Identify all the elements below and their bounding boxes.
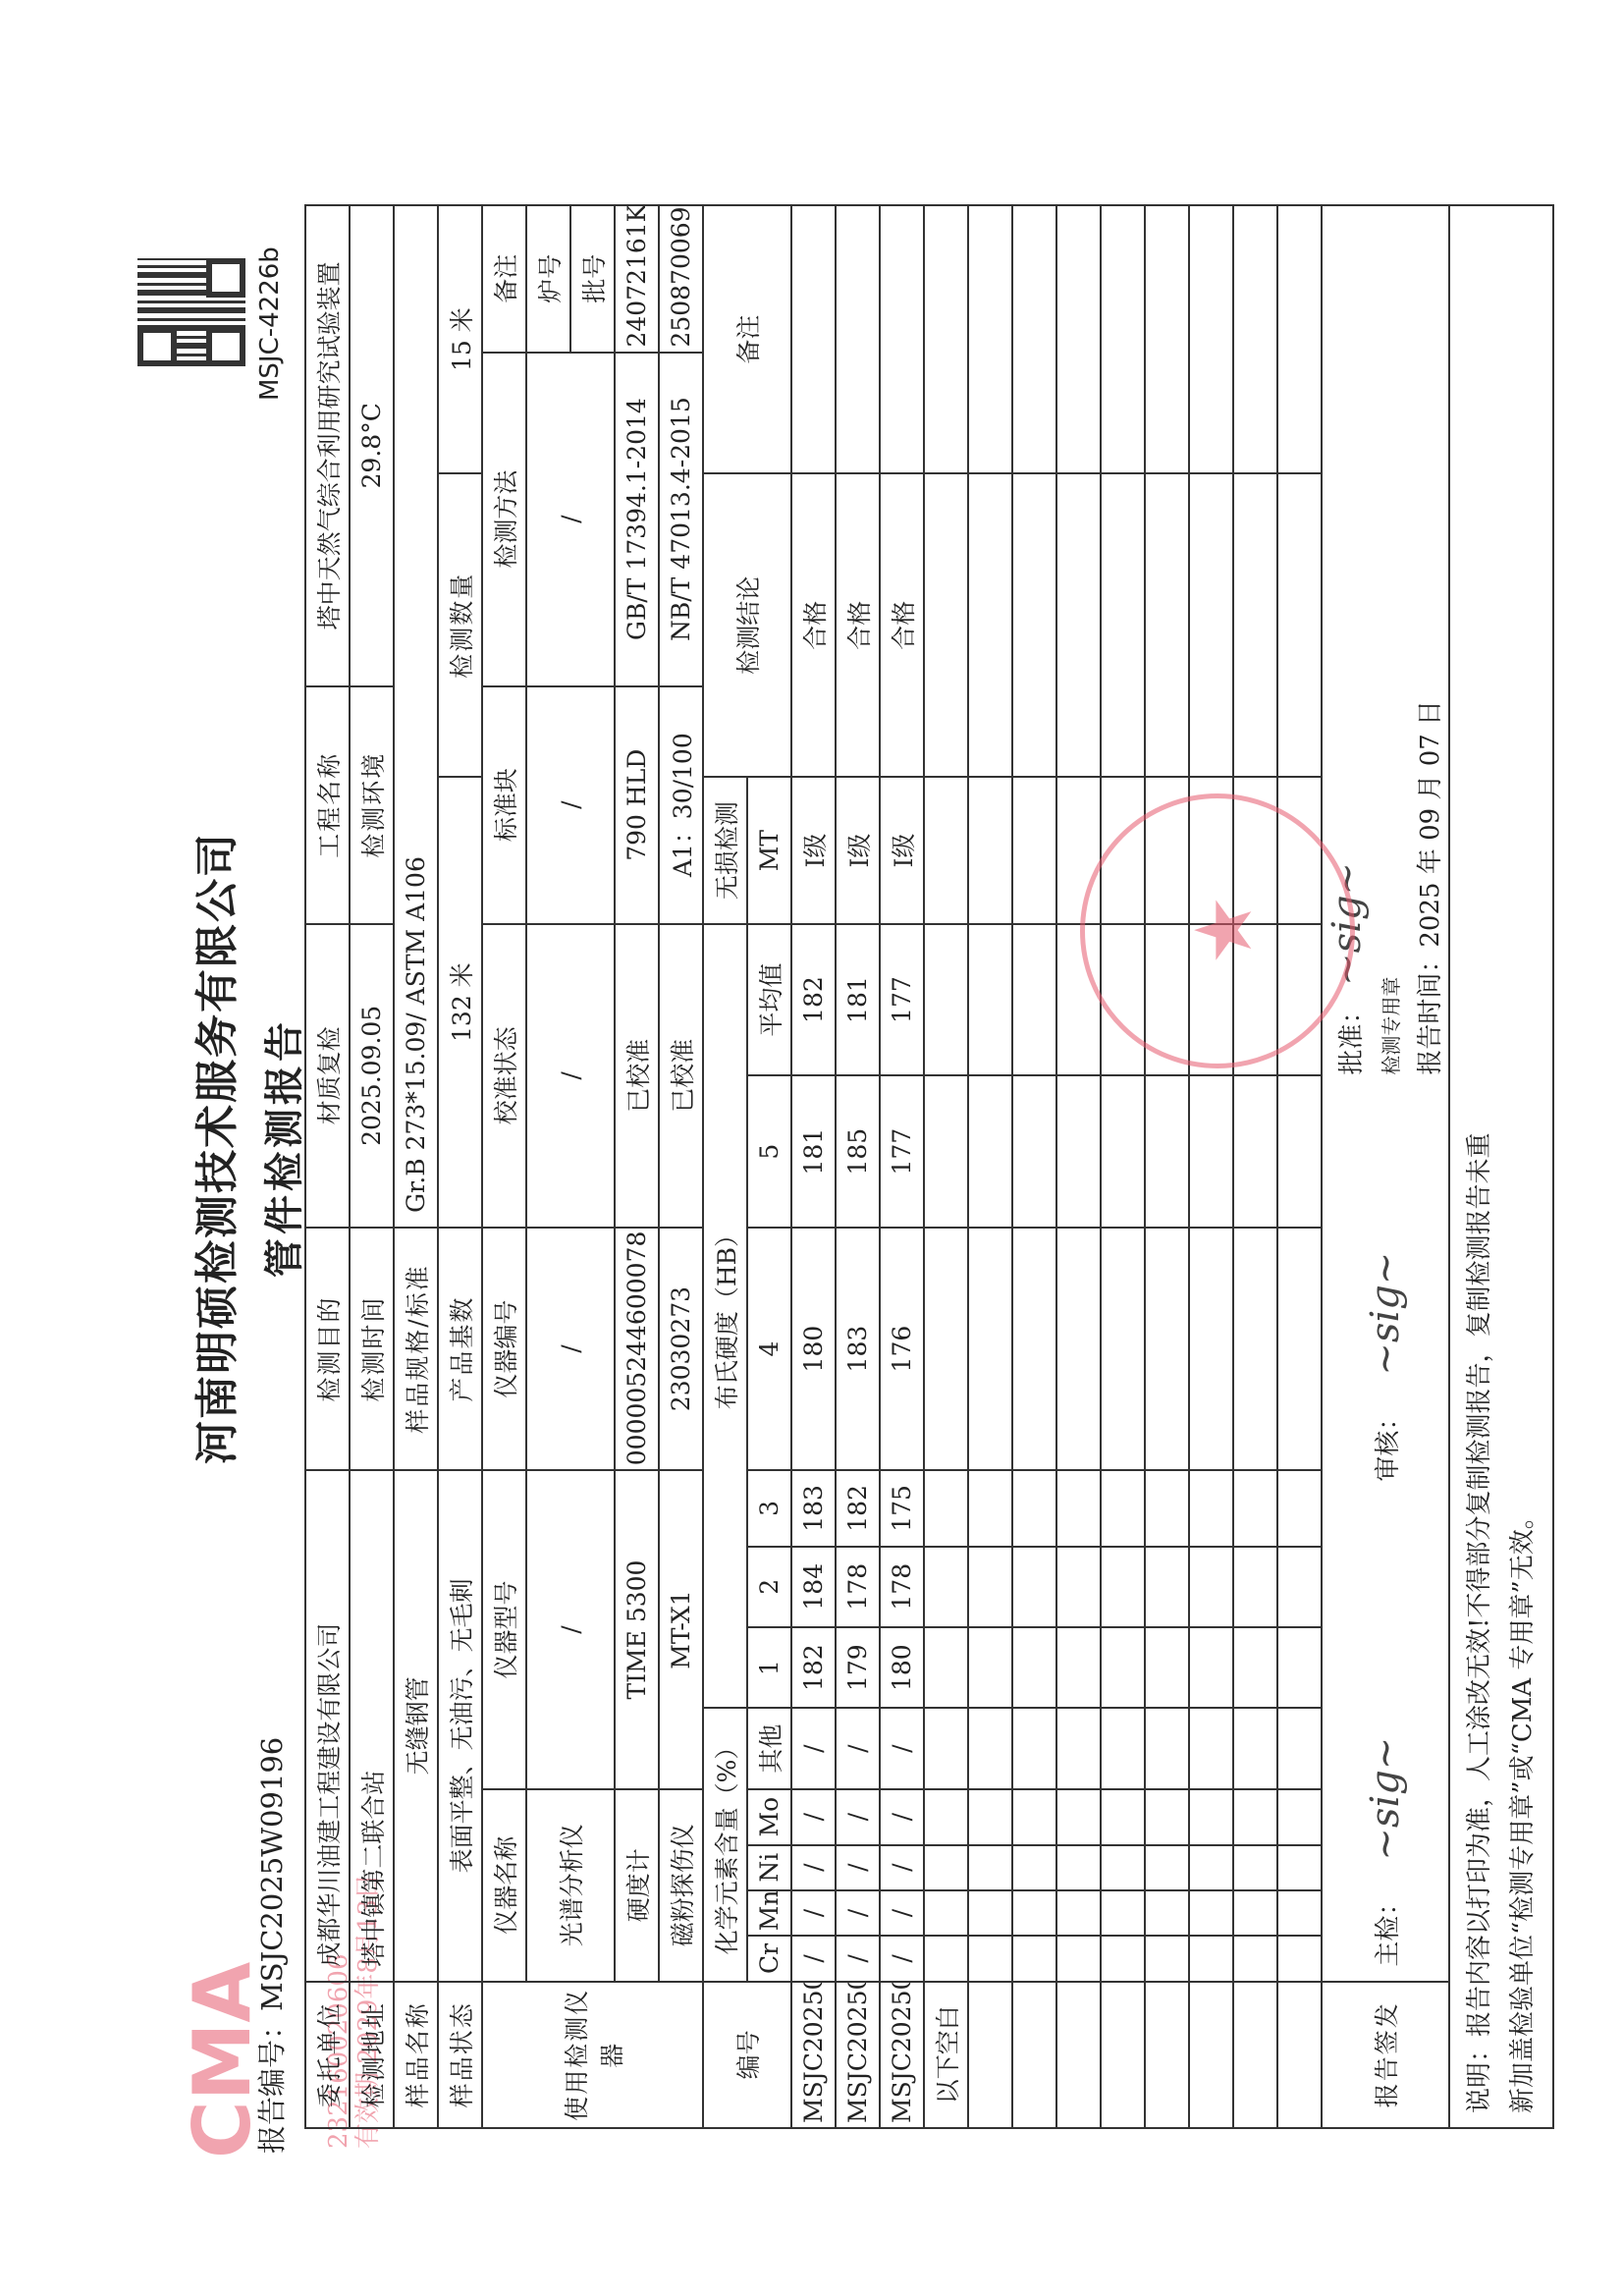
chem-value: /: [791, 1890, 836, 1936]
instrument-name-header: 仪器名称: [482, 1789, 526, 1982]
instrument-row: 硬度计 TIME 5300 000005244600078 已校准 790 HL…: [615, 205, 659, 2128]
environment-value: 29.8°C: [350, 205, 394, 686]
heat-no-label: 炉号: [526, 205, 570, 353]
report-time-label: 报告时间：: [1416, 948, 1445, 1075]
blank-cell: [1189, 1470, 1233, 1546]
blank-cell: [1233, 1936, 1277, 1981]
remark-header: 备注: [703, 205, 791, 473]
mt-grade: I级: [791, 777, 836, 923]
blank-cell: [1233, 1789, 1277, 1845]
hardness-value: 185: [836, 1075, 880, 1228]
blank-cell: [968, 1075, 1012, 1228]
blank-cell: [1056, 473, 1101, 777]
purpose-value: 材质复检: [305, 924, 350, 1228]
blank-cell: [1012, 1547, 1056, 1627]
heat-no-value: 24072161K: [615, 205, 659, 353]
blank-cell: [1056, 1547, 1101, 1627]
blank-cell: [968, 1845, 1012, 1890]
blank-cell: [924, 1075, 968, 1228]
blank-cell: [1012, 473, 1056, 777]
instrument-block: 790 HLD: [615, 686, 659, 924]
calibration-header: 校准状态: [482, 924, 526, 1228]
blank-cell: [1145, 1708, 1189, 1788]
chem-value: /: [880, 1890, 924, 1936]
hardness-header: 布氏硬度（HB）: [703, 924, 747, 1709]
chem-value: /: [836, 1890, 880, 1936]
blank-cell: [1012, 1845, 1056, 1890]
blank-cell: [1056, 1627, 1101, 1708]
blank-cell: [1145, 1547, 1189, 1627]
sample-id: MSJC202509196-14: [836, 1982, 880, 2128]
blank-cell: [1101, 1982, 1145, 2128]
hardness-value: 178: [836, 1547, 880, 1627]
blank-cell: [1056, 1982, 1101, 2128]
remark: [836, 205, 880, 473]
hardness-value: 182: [791, 1627, 836, 1708]
blank-cell: [924, 1789, 968, 1845]
base-value: 132 米: [438, 777, 482, 1228]
table-row: MSJC202509196-14/////179178182183185181I…: [836, 205, 880, 2128]
client-value: 成都华川油建工程建设有限公司: [305, 1470, 350, 1981]
col-hb-3: 3: [747, 1470, 791, 1546]
blank-cell: [1145, 473, 1189, 777]
blank-cell: [1012, 1936, 1056, 1981]
blank-cell: [1277, 1627, 1322, 1708]
col-ni: Ni: [747, 1845, 791, 1890]
instrument-name: 磁粉探伤仪: [659, 1789, 703, 1982]
instrument-method: /: [526, 353, 615, 686]
blank-cell: [1277, 1890, 1322, 1936]
instrument-header-row: 使用检测仪器 仪器名称 仪器型号 仪器编号 校准状态 标准块 检测方法 备注: [482, 205, 526, 2128]
purpose-label: 检测目的: [305, 1228, 350, 1470]
chem-value: /: [791, 1708, 836, 1788]
blank-cell: [1012, 1982, 1056, 2128]
blank-cell: [1277, 1075, 1322, 1228]
approver-label: 批准：: [1337, 999, 1367, 1075]
col-hb-avg: 平均值: [747, 924, 791, 1076]
blank-cell: [1101, 1075, 1145, 1228]
inspector-signature: ~sig~: [1363, 1737, 1408, 1861]
blank-row: [968, 205, 1012, 2128]
chem-value: /: [791, 1936, 836, 1981]
col-cr: Cr: [747, 1936, 791, 1981]
report-number: 报告编号：MSJC2025W09196: [250, 1737, 291, 2154]
instrument-block: A1：30/100: [659, 686, 703, 924]
report-time: 2025 年 09 月 07 日: [1416, 700, 1445, 948]
inspector-label: 主检：: [1368, 1890, 1404, 1967]
base-label: 产品基数: [438, 1228, 482, 1470]
col-mt: MT: [747, 777, 791, 923]
spec-value: Gr.B 273*15.09/ ASTM A106: [394, 205, 438, 1228]
blank-row: [1277, 205, 1322, 2128]
chem-value: /: [880, 1708, 924, 1788]
blank-cell: [1056, 1708, 1101, 1788]
blank-cell: [968, 924, 1012, 1076]
blank-cell: [1056, 205, 1101, 473]
blank-cell: [1189, 1845, 1233, 1890]
blank-cell: [1233, 1845, 1277, 1890]
conclusion: 合格: [791, 473, 836, 777]
blank-cell: [1056, 1890, 1101, 1936]
blank-cell: [968, 1708, 1012, 1788]
blank-cell: [924, 924, 968, 1076]
blank-cell: [1277, 1845, 1322, 1890]
blank-row: [1056, 205, 1101, 2128]
project-label: 工程名称: [305, 686, 350, 924]
chem-value: /: [836, 1845, 880, 1890]
blank-cell: [924, 1845, 968, 1890]
chem-value: /: [880, 1789, 924, 1845]
conclusion: 合格: [880, 473, 924, 777]
environment-label: 检测环境: [350, 686, 394, 924]
block-header: 标准块: [482, 686, 526, 924]
blank-cell: [1056, 1845, 1101, 1890]
blank-cell: [1145, 1845, 1189, 1890]
blank-cell: [924, 1627, 968, 1708]
sample-id: MSJC202509196-15: [880, 1982, 924, 2128]
col-hb-4: 4: [747, 1228, 791, 1470]
remark: [791, 205, 836, 473]
chem-value: /: [791, 1845, 836, 1890]
blank-cell: [1012, 924, 1056, 1076]
blank-cell: [1145, 1982, 1189, 2128]
issue-label: 报告签发: [1322, 1982, 1449, 2128]
batch-no-value: 250870069: [659, 205, 703, 353]
blank-cell: [1233, 1075, 1277, 1228]
blank-cell: [924, 473, 968, 777]
instrument-block: /: [526, 686, 615, 924]
blank-cell: [924, 777, 968, 923]
blank-cell: [1101, 1470, 1145, 1546]
remark: [880, 205, 924, 473]
instrument-model: TIME 5300: [615, 1470, 659, 1789]
col-hb-2: 2: [747, 1547, 791, 1627]
test-date-value: 2025.09.05: [350, 924, 394, 1228]
blank-cell: [1189, 205, 1233, 473]
blank-cell: [1233, 205, 1277, 473]
blank-cell: [1145, 1627, 1189, 1708]
blank-cell: [1233, 1627, 1277, 1708]
blank-cell: [1056, 1470, 1101, 1546]
blank-cell: [1277, 1708, 1322, 1788]
chem-value: /: [880, 1845, 924, 1890]
blank-cell: [968, 777, 1012, 923]
sample-state-value: 表面平整、无油污、无毛刺: [438, 1470, 482, 1981]
instrument-serial: /: [526, 1228, 615, 1470]
blank-cell: [924, 1936, 968, 1981]
results-group-header: 编号 化学元素含量（%） 布氏硬度（HB） 无损检测 检测结论 备注: [703, 205, 747, 2128]
chem-value: /: [836, 1789, 880, 1845]
blank-cell: [968, 1547, 1012, 1627]
instruments-section-label: 使用检测仪器: [482, 1982, 703, 2128]
reviewer-signature: ~sig~: [1363, 1252, 1408, 1376]
blank-cell: [1277, 1936, 1322, 1981]
footer-note-row: 说明：报告内容以打印为准，人工涂改无效!不得部分复制检测报告，复制检测报告未重 …: [1449, 205, 1553, 2128]
hardness-value: 177: [880, 1075, 924, 1228]
instrument-model-header: 仪器型号: [482, 1470, 526, 1789]
blank-cell: [968, 1789, 1012, 1845]
blank-cell: [924, 1470, 968, 1546]
conclusion: 合格: [836, 473, 880, 777]
spec-label: 样品规格/标准: [394, 1228, 438, 1470]
blank-cell: [1101, 1228, 1145, 1470]
blank-cell: [1189, 1936, 1233, 1981]
blank-cell: [1233, 473, 1277, 777]
blank-cell: [1189, 1789, 1233, 1845]
col-other: 其他: [747, 1708, 791, 1788]
blank-cell: [1277, 205, 1322, 473]
blank-cell: [1189, 1547, 1233, 1627]
blank-cell: [1012, 1708, 1056, 1788]
blank-cell: [1233, 1890, 1277, 1936]
info-row-1: 委托单位 成都华川油建工程建设有限公司 检测目的 材质复检 工程名称 塔中天然气…: [305, 205, 350, 2128]
sample-id-header: 编号: [703, 1982, 791, 2128]
blank-cell: [968, 1470, 1012, 1546]
blank-cell: [1189, 1890, 1233, 1936]
blank-cell: [1056, 1228, 1101, 1470]
blank-cell: [968, 1627, 1012, 1708]
blank-cell: [1145, 205, 1189, 473]
blank-cell: [1233, 1547, 1277, 1627]
blank-cell: [1012, 1890, 1056, 1936]
blank-row: 以下空白: [924, 205, 968, 2128]
blank-cell: [1145, 1890, 1189, 1936]
blank-cell: [968, 1228, 1012, 1470]
hardness-value: 184: [791, 1547, 836, 1627]
instrument-serial-header: 仪器编号: [482, 1228, 526, 1470]
blank-cell: [1277, 1547, 1322, 1627]
batch-no-label: 批号: [570, 205, 615, 353]
client-label: 委托单位: [305, 1982, 350, 2128]
col-hb-5: 5: [747, 1075, 791, 1228]
blank-cell: [1277, 1470, 1322, 1546]
hardness-value: 180: [880, 1627, 924, 1708]
hardness-value: 177: [880, 924, 924, 1076]
footer-note: 说明：报告内容以打印为准，人工涂改无效!不得部分复制检测报告，复制检测报告未重 …: [1449, 205, 1553, 2128]
blank-cell: [968, 1982, 1012, 2128]
address-label: 检测地址: [350, 1982, 394, 2128]
blank-cell: [1012, 1228, 1056, 1470]
project-value: 塔中天然气综合利用研究试验装置: [305, 205, 350, 686]
signature-row: 报告签发主检：~sig~审核：~sig~批准： ~sig~检测专用章报告时间：2…: [1322, 205, 1449, 2128]
document-code: MSJC-4226b: [255, 246, 285, 401]
hardness-value: 181: [791, 1075, 836, 1228]
blank-cell: [1189, 1075, 1233, 1228]
col-hb-1: 1: [747, 1627, 791, 1708]
blank-cell: [1012, 1470, 1056, 1546]
company-seal-stamp: ★: [1080, 793, 1355, 1068]
hardness-value: 182: [836, 1470, 880, 1546]
signature-block: 主检：~sig~审核：~sig~批准： ~sig~检测专用章报告时间：2025 …: [1322, 205, 1449, 1982]
sample-id: MSJC202509196-13: [791, 1982, 836, 2128]
info-row-4: 样品状态 表面平整、无油污、无毛刺 产品基数 132 米 检测数量 15 米: [438, 205, 482, 2128]
col-mn: Mn: [747, 1890, 791, 1936]
instrument-calibration: 已校准: [659, 924, 703, 1228]
blank-row: [1012, 205, 1056, 2128]
sample-state-label: 样品状态: [438, 1982, 482, 2128]
instrument-serial: 000005244600078: [615, 1228, 659, 1470]
hardness-value: 182: [791, 924, 836, 1076]
instrument-model: /: [526, 1470, 615, 1789]
hardness-value: 176: [880, 1228, 924, 1470]
blank-cell: [1145, 1075, 1189, 1228]
chem-value: /: [880, 1936, 924, 1981]
instrument-name: 硬度计: [615, 1789, 659, 1982]
hardness-value: 175: [880, 1470, 924, 1546]
blank-cell: [1145, 1470, 1189, 1546]
instrument-serial: 23030273: [659, 1228, 703, 1470]
col-mo: Mo: [747, 1789, 791, 1845]
blank-cell: [1056, 1075, 1101, 1228]
blank-cell: [1101, 205, 1145, 473]
seal-label: 检测专用章: [1376, 700, 1404, 1075]
qr-code-icon: [137, 258, 245, 366]
blank-cell: [1189, 473, 1233, 777]
blank-cell: [1056, 1789, 1101, 1845]
blank-cell: [1189, 1228, 1233, 1470]
blank-cell: [1012, 777, 1056, 923]
blank-row: [1145, 205, 1189, 2128]
chem-header: 化学元素含量（%）: [703, 1708, 747, 1981]
blank-cell: [1101, 1936, 1145, 1981]
rotated-report-page: CMA 232160020606 有效期 2029年8月13日 河南明硕检测技术…: [0, 0, 1623, 2296]
chem-value: /: [836, 1936, 880, 1981]
blank-cell: [1101, 1845, 1145, 1890]
blank-cell: [1233, 1708, 1277, 1788]
chem-value: /: [791, 1789, 836, 1845]
blank-cell: [1101, 1708, 1145, 1788]
address-value: 塔中镇第二联合站: [350, 1470, 394, 1981]
blank-cell: [1101, 1789, 1145, 1845]
quantity-label: 检测数量: [438, 473, 482, 777]
ndt-header: 无损检测: [703, 777, 747, 923]
report-table: 委托单位 成都华川油建工程建设有限公司 检测目的 材质复检 工程名称 塔中天然气…: [304, 204, 1554, 2129]
blank-cell: [968, 473, 1012, 777]
blank-cell: [1233, 1982, 1277, 2128]
instrument-name: 光谱分析仪: [526, 1789, 615, 1982]
hardness-value: 178: [880, 1547, 924, 1627]
blank-row: [1189, 205, 1233, 2128]
sample-name-value: 无缝钢管: [394, 1470, 438, 1981]
blank-cell: [1233, 1470, 1277, 1546]
test-date-label: 检测时间: [350, 1228, 394, 1470]
instrument-calibration: /: [526, 924, 615, 1228]
hardness-value: 180: [791, 1228, 836, 1470]
blank-cell: [1101, 1627, 1145, 1708]
blank-cell: [1145, 1789, 1189, 1845]
table-row: MSJC202509196-13/////182184183180181182I…: [791, 205, 836, 2128]
blank-cell: [1145, 1228, 1189, 1470]
blank-cell: [1012, 1789, 1056, 1845]
instrument-remark-header: 备注: [482, 205, 526, 353]
instrument-row: 光谱分析仪 / / / / / 炉号: [526, 205, 570, 2128]
blank-cell: [1101, 1547, 1145, 1627]
chem-value: /: [836, 1708, 880, 1788]
blank-cell: [968, 1936, 1012, 1981]
hardness-value: 179: [836, 1627, 880, 1708]
blank-cell: [1189, 1982, 1233, 2128]
mt-grade: I级: [836, 777, 880, 923]
instrument-method: GB/T 17394.1-2014: [615, 353, 659, 686]
hardness-value: 181: [836, 924, 880, 1076]
blank-cell: [1145, 1936, 1189, 1981]
blank-cell: [924, 1708, 968, 1788]
blank-cell: [924, 1890, 968, 1936]
blank-cell: [968, 1890, 1012, 1936]
blank-cell: [924, 1547, 968, 1627]
reviewer-label: 审核：: [1368, 1405, 1404, 1482]
table-row: MSJC202509196-15/////180178175176177177I…: [880, 205, 924, 2128]
blank-cell: [1101, 473, 1145, 777]
blank-cell: [924, 1228, 968, 1470]
instrument-method: NB/T 47013.4-2015: [659, 353, 703, 686]
blank-cell: [1277, 1228, 1322, 1470]
hardness-value: 183: [836, 1228, 880, 1470]
blank-row: [1101, 205, 1145, 2128]
info-row-2: 检测地址 塔中镇第二联合站 检测时间 2025.09.05 检测环境 29.8°…: [350, 205, 394, 2128]
blank-cell: [1012, 1075, 1056, 1228]
blank-row: [1233, 205, 1277, 2128]
conclusion-header: 检测结论: [703, 473, 791, 777]
sample-name-label: 样品名称: [394, 1982, 438, 2128]
blank-cell: [1056, 1936, 1101, 1981]
blank-cell: [968, 205, 1012, 473]
blank-cell: [1012, 1627, 1056, 1708]
blank-cell: [1189, 1708, 1233, 1788]
instrument-row: 磁粉探伤仪 MT-X1 23030273 已校准 A1：30/100 NB/T …: [659, 205, 703, 2128]
quantity-value: 15 米: [438, 205, 482, 473]
blank-cell: [1277, 1789, 1322, 1845]
blank-cell: [1233, 1228, 1277, 1470]
mt-grade: I级: [880, 777, 924, 923]
info-row-3: 样品名称 无缝钢管 样品规格/标准 Gr.B 273*15.09/ ASTM A…: [394, 205, 438, 2128]
instrument-calibration: 已校准: [615, 924, 659, 1228]
blank-cell: 以下空白: [924, 1982, 968, 2128]
method-header: 检测方法: [482, 353, 526, 686]
blank-cell: [1101, 1890, 1145, 1936]
blank-cell: [1277, 473, 1322, 777]
blank-cell: [924, 205, 968, 473]
blank-cell: [1012, 205, 1056, 473]
hardness-value: 183: [791, 1470, 836, 1546]
blank-cell: [1277, 1982, 1322, 2128]
instrument-model: MT-X1: [659, 1470, 703, 1789]
blank-cell: [1189, 1627, 1233, 1708]
